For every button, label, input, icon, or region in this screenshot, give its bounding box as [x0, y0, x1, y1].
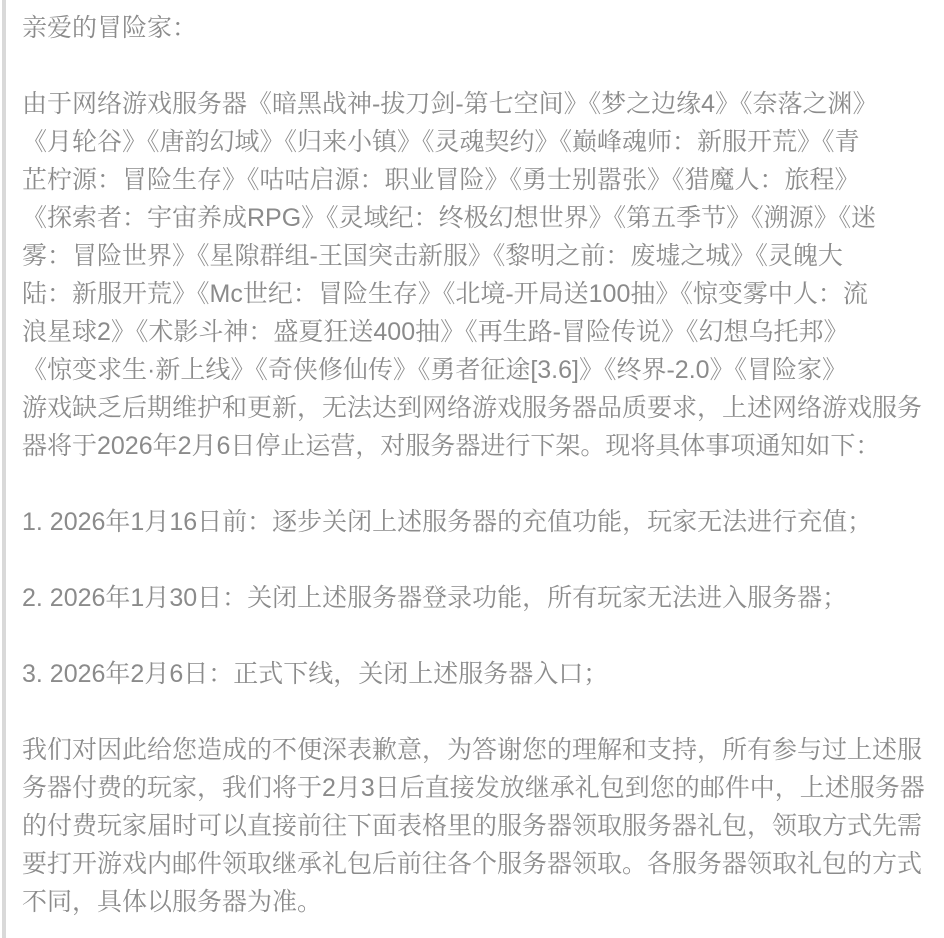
notice-closing-paragraph: 我们对因此给您造成的不便深表歉意，为答谢您的理解和支持，所有参与过上述服 务器付…	[22, 731, 930, 921]
notice-page: 亲爱的冒险家： 由于网络游戏服务器《暗黑战神-拔刀剑-第七空间》《梦之边缘4》《…	[0, 0, 944, 938]
notice-item-1: 1. 2026年1月16日前：逐步关闭上述服务器的充值功能，玩家无法进行充值；	[22, 503, 930, 541]
left-border-divider	[2, 0, 6, 938]
notice-body-paragraph: 由于网络游戏服务器《暗黑战神-拔刀剑-第七空间》《梦之边缘4》《奈落之渊》 《月…	[22, 85, 930, 465]
notice-content: 亲爱的冒险家： 由于网络游戏服务器《暗黑战神-拔刀剑-第七空间》《梦之边缘4》《…	[0, 0, 944, 937]
notice-item-3: 3. 2026年2月6日：正式下线，关闭上述服务器入口；	[22, 655, 930, 693]
salutation: 亲爱的冒险家：	[22, 9, 930, 47]
notice-item-2: 2. 2026年1月30日：关闭上述服务器登录功能，所有玩家无法进入服务器；	[22, 579, 930, 617]
